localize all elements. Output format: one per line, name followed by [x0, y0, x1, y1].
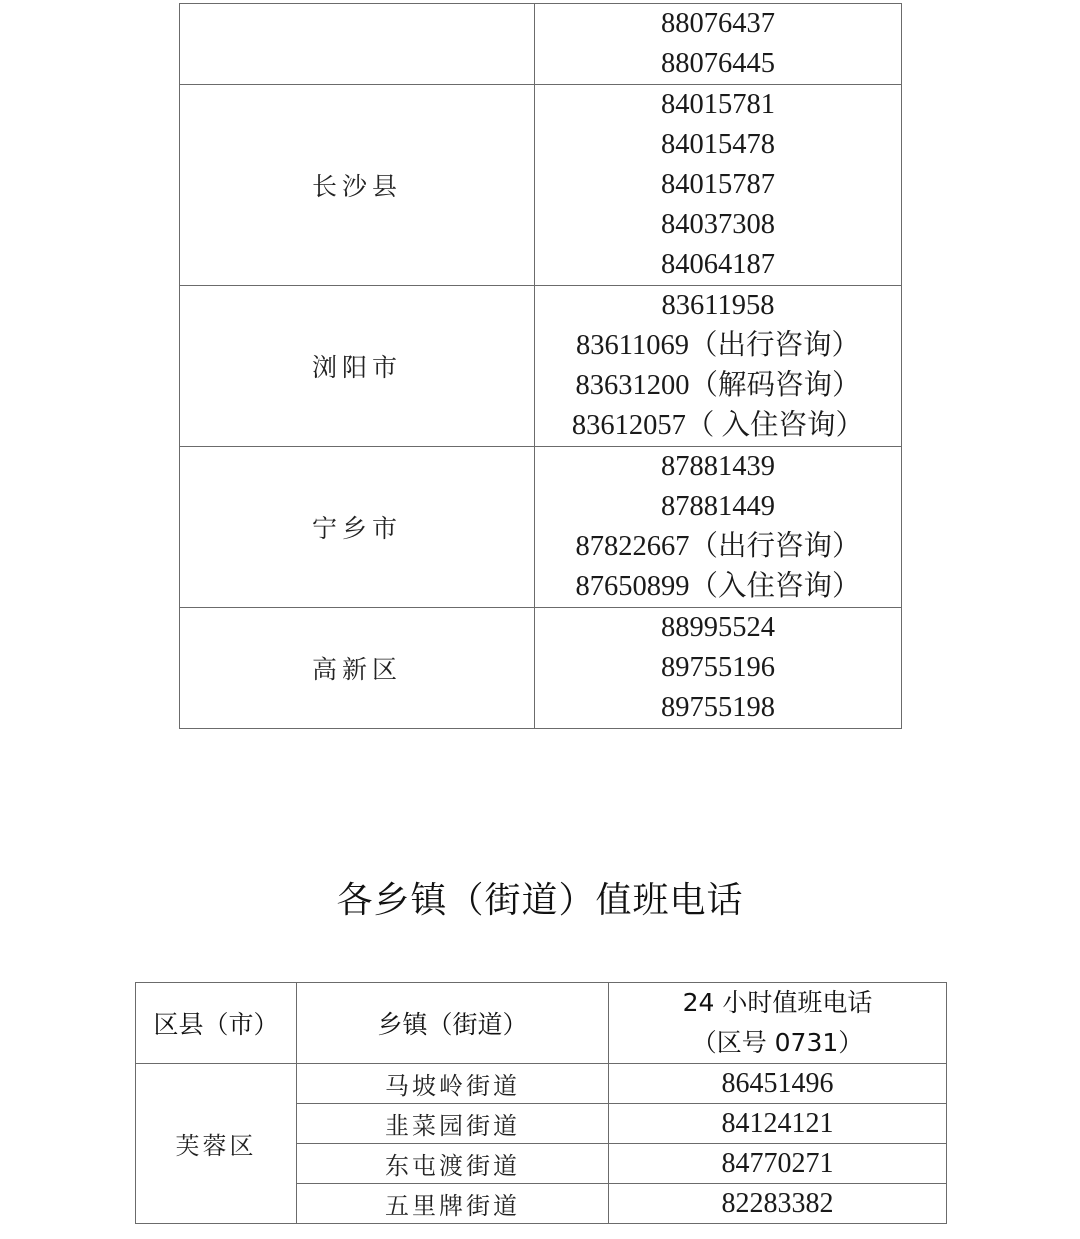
table-row: 芙蓉区 马坡岭街道 86451496: [136, 1064, 947, 1104]
phone-number: 83611958: [535, 286, 901, 326]
table-row: 浏阳市 83611958 83611069（出行咨询） 83631200（解码咨…: [180, 286, 902, 447]
table-row: 宁乡市 87881439 87881449 87822667（出行咨询） 876…: [180, 447, 902, 608]
phones-cell: 88076437 88076445: [535, 4, 902, 85]
phone-cell: 84770271: [609, 1144, 947, 1184]
table-row: 长沙县 84015781 84015478 84015787 84037308 …: [180, 85, 902, 286]
district-cell: 芙蓉区: [136, 1064, 297, 1224]
phone-number: 88995524: [535, 608, 901, 648]
header-township: 乡镇（街道）: [297, 983, 609, 1064]
phone-number: 87822667（出行咨询）: [535, 527, 901, 567]
township-cell: 东屯渡街道: [297, 1144, 609, 1184]
phone-number: 88076445: [535, 44, 901, 84]
phone-number: 84064187: [535, 245, 901, 285]
phone-number: 84037308: [535, 205, 901, 245]
header-phone: 24 小时值班电话 （区号 0731）: [609, 983, 947, 1064]
phone-number: 88076437: [535, 4, 901, 44]
section-heading: 各乡镇（街道）值班电话: [0, 872, 1080, 923]
phone-number: 83611069（出行咨询）: [535, 326, 901, 366]
header-district: 区县（市）: [136, 983, 297, 1064]
district-cell: 宁乡市: [180, 447, 535, 608]
phone-number: 89755198: [535, 688, 901, 728]
header-phone-line1: 24 小时值班电话: [609, 983, 946, 1023]
phone-number: 84015478: [535, 125, 901, 165]
phones-cell: 87881439 87881449 87822667（出行咨询） 8765089…: [535, 447, 902, 608]
district-cell: 长沙县: [180, 85, 535, 286]
phone-number: 87881449: [535, 487, 901, 527]
table-row: 高新区 88995524 89755196 89755198: [180, 608, 902, 729]
phone-number: 83612057（ 入住咨询）: [535, 406, 901, 446]
district-cell: 高新区: [180, 608, 535, 729]
district-cell: 浏阳市: [180, 286, 535, 447]
header-phone-line2: （区号 0731）: [609, 1023, 946, 1063]
phones-cell: 88995524 89755196 89755198: [535, 608, 902, 729]
phone-number: 87650899（入住咨询）: [535, 567, 901, 607]
district-cell: [180, 4, 535, 85]
phone-cell: 82283382: [609, 1184, 947, 1224]
district-phone-table: 88076437 88076445 长沙县 84015781 84015478 …: [179, 3, 902, 729]
phone-cell: 84124121: [609, 1104, 947, 1144]
phones-cell: 83611958 83611069（出行咨询） 83631200（解码咨询） 8…: [535, 286, 902, 447]
township-cell: 五里牌街道: [297, 1184, 609, 1224]
table-row: 88076437 88076445: [180, 4, 902, 85]
phone-cell: 86451496: [609, 1064, 947, 1104]
phone-number: 84015787: [535, 165, 901, 205]
phone-number: 84015781: [535, 85, 901, 125]
table-header-row: 区县（市） 乡镇（街道） 24 小时值班电话 （区号 0731）: [136, 983, 947, 1064]
township-phone-table: 区县（市） 乡镇（街道） 24 小时值班电话 （区号 0731） 芙蓉区 马坡岭…: [135, 982, 947, 1224]
phone-number: 83631200（解码咨询）: [535, 366, 901, 406]
township-cell: 韭菜园街道: [297, 1104, 609, 1144]
phones-cell: 84015781 84015478 84015787 84037308 8406…: [535, 85, 902, 286]
township-cell: 马坡岭街道: [297, 1064, 609, 1104]
phone-number: 87881439: [535, 447, 901, 487]
phone-number: 89755196: [535, 648, 901, 688]
